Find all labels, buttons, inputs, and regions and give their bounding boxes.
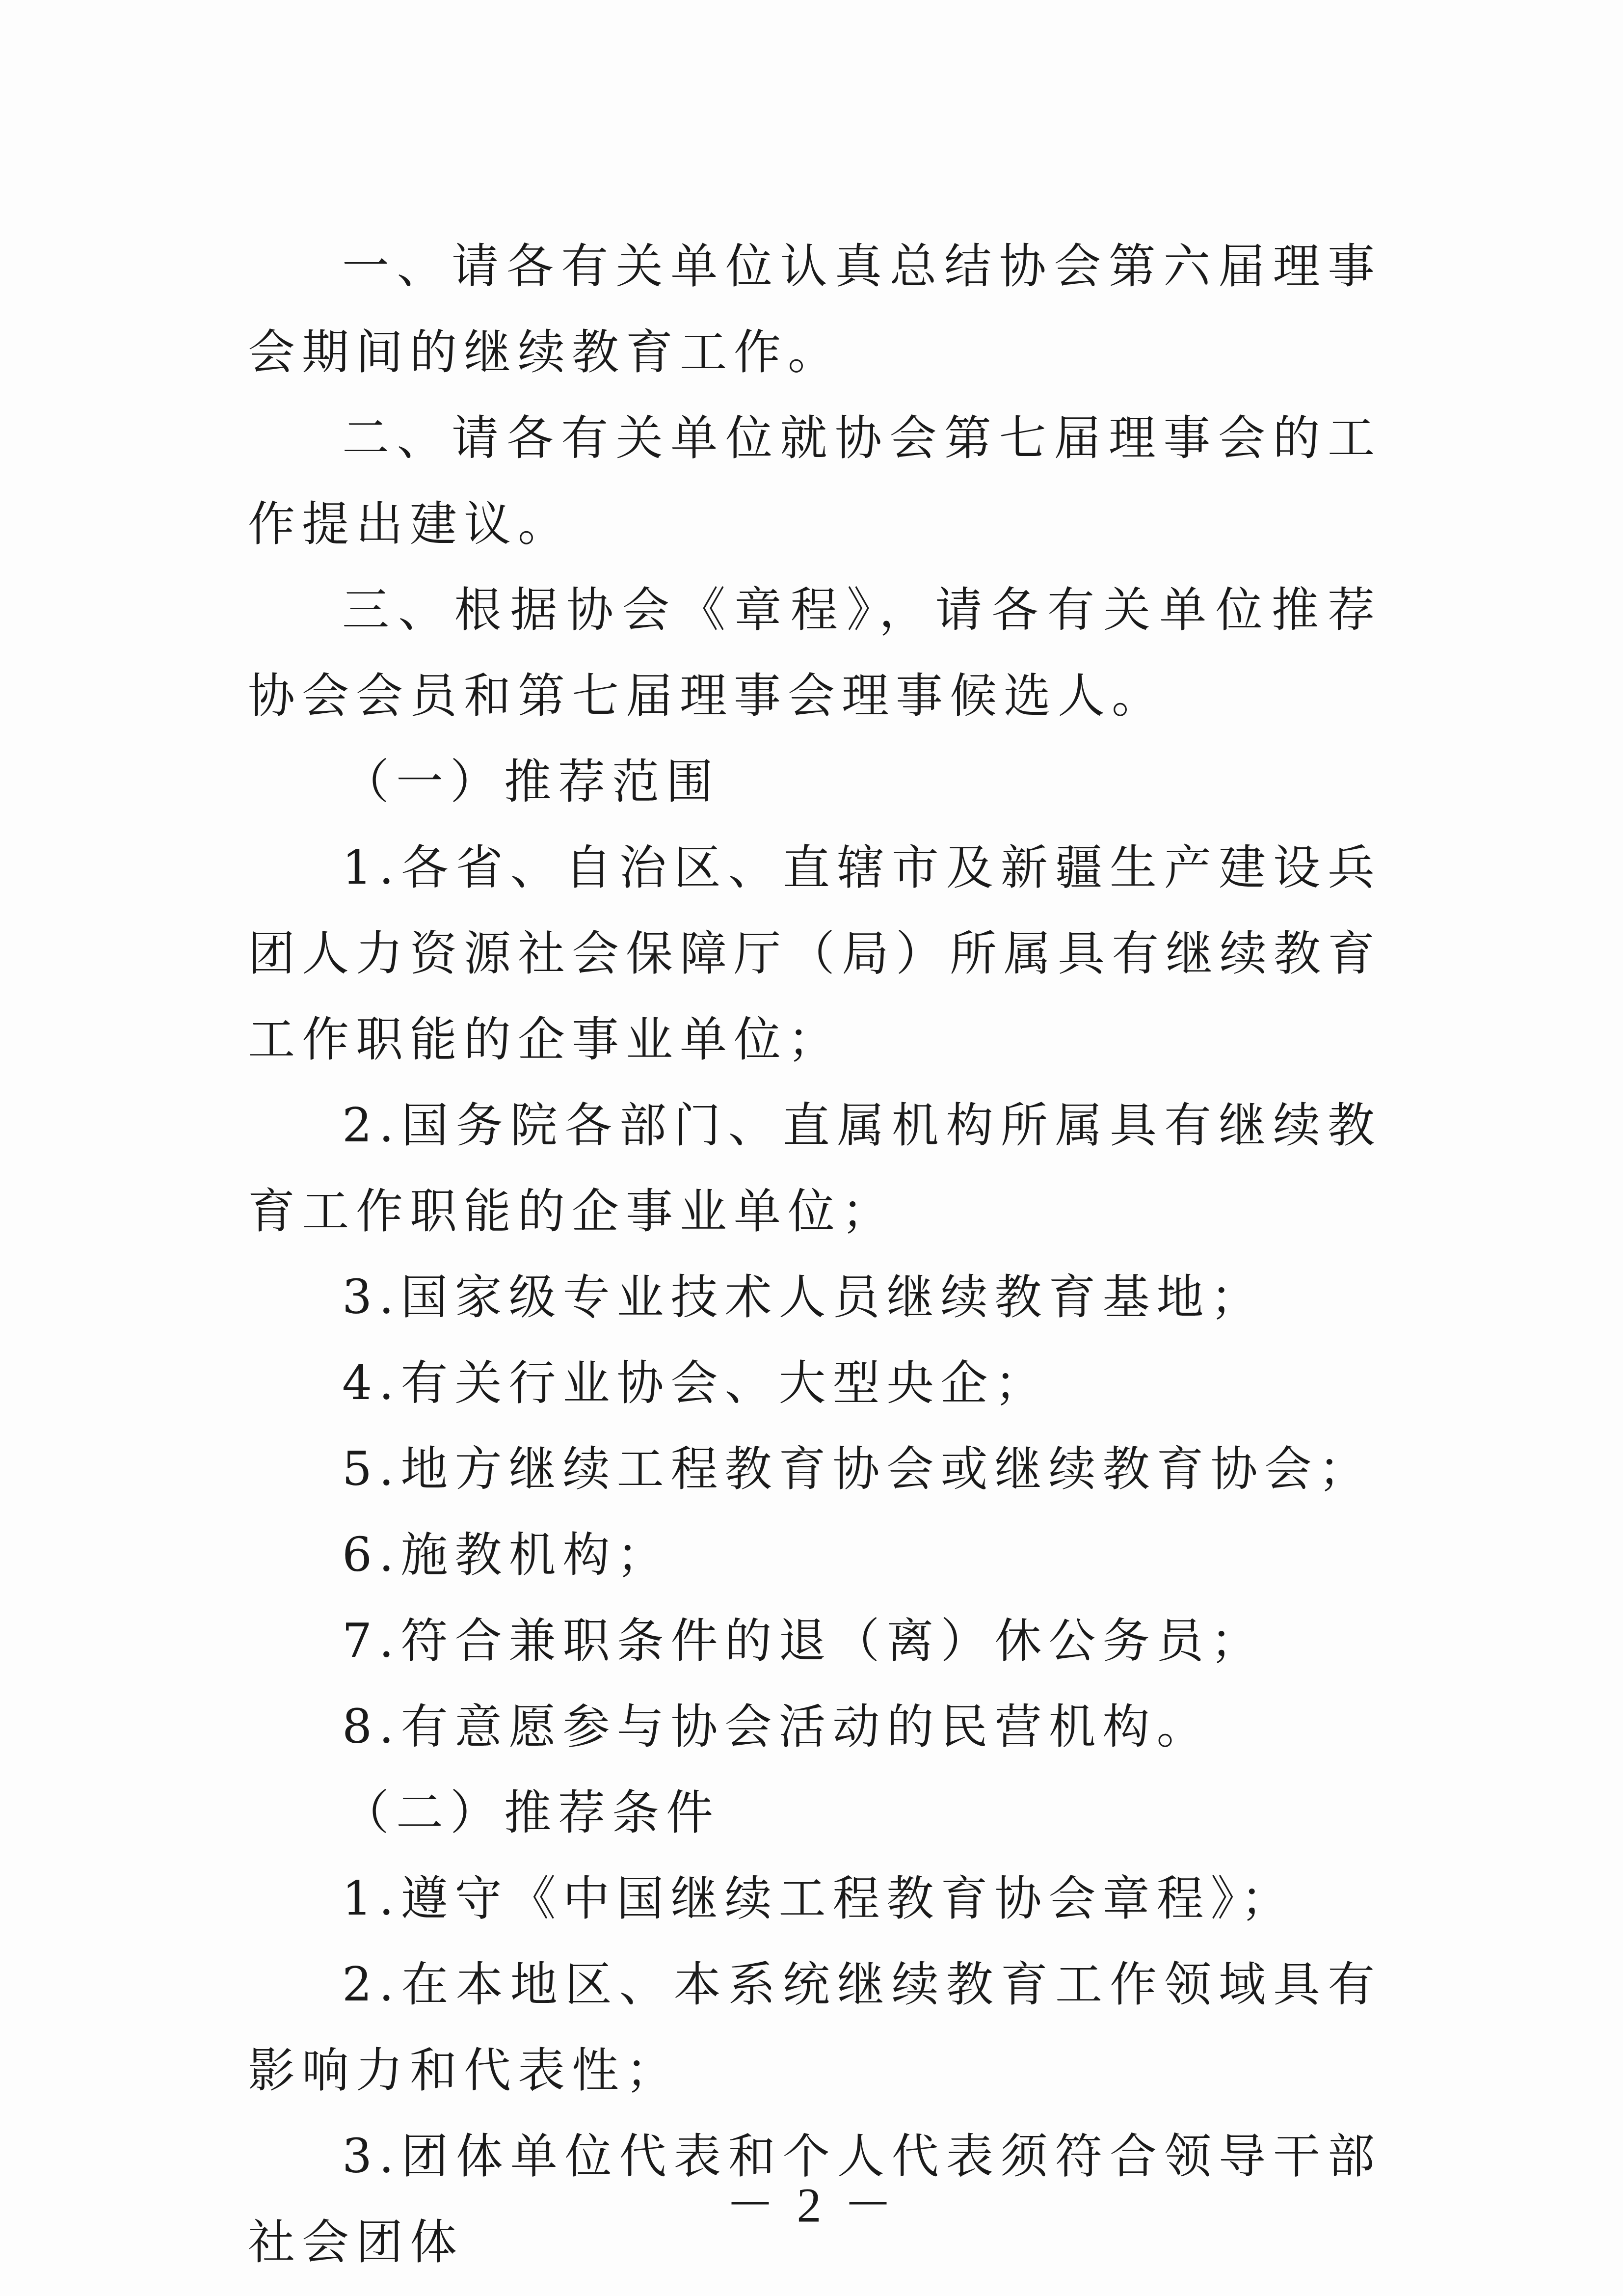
scope-item-1: 1.各省、自治区、直辖市及新疆生产建设兵团人力资源社会保障厅（局）所属具有继续教… bbox=[248, 825, 1382, 1082]
scope-item-2: 2.国务院各部门、直属机构所属具有继续教育工作职能的企事业单位； bbox=[248, 1082, 1382, 1254]
document-body: 一、请各有关单位认真总结协会第六届理事会期间的继续教育工作。 二、请各有关单位就… bbox=[248, 223, 1382, 2285]
heading-nomination-scope: （一）推荐范围 bbox=[248, 739, 1382, 825]
condition-item-1: 1.遵守《中国继续工程教育协会章程》； bbox=[248, 1856, 1382, 1942]
scope-item-8: 8.有意愿参与协会活动的民营机构。 bbox=[248, 1684, 1382, 1770]
paragraph-suggestion-request: 二、请各有关单位就协会第七届理事会的工作提出建议。 bbox=[248, 395, 1382, 567]
scope-item-3: 3.国家级专业技术人员继续教育基地； bbox=[248, 1254, 1382, 1340]
scope-item-6: 6.施教机构； bbox=[248, 1512, 1382, 1598]
document-page: 一、请各有关单位认真总结协会第六届理事会期间的继续教育工作。 二、请各有关单位就… bbox=[0, 0, 1623, 2296]
scope-item-7: 7.符合兼职条件的退（离）休公务员； bbox=[248, 1598, 1382, 1684]
paragraph-nomination-request: 三、根据协会《章程》，请各有关单位推荐协会会员和第七届理事会理事候选人。 bbox=[248, 567, 1382, 739]
scope-item-5: 5.地方继续工程教育协会或继续教育协会； bbox=[248, 1426, 1382, 1512]
page-number: － 2 － bbox=[0, 2165, 1623, 2236]
paragraph-summary-request: 一、请各有关单位认真总结协会第六届理事会期间的继续教育工作。 bbox=[248, 223, 1382, 395]
scope-item-4: 4.有关行业协会、大型央企； bbox=[248, 1340, 1382, 1426]
condition-item-2: 2.在本地区、本系统继续教育工作领域具有影响力和代表性； bbox=[248, 1942, 1382, 2113]
heading-nomination-conditions: （二）推荐条件 bbox=[248, 1770, 1382, 1856]
